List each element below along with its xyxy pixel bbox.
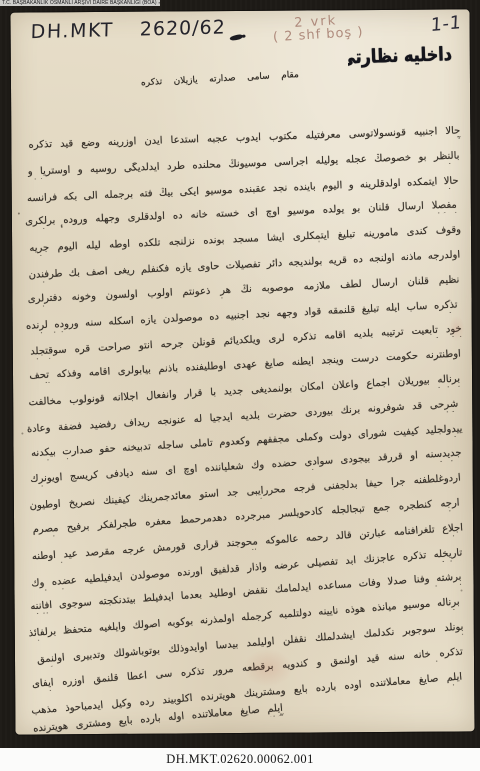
red-stain: [243, 649, 293, 687]
folio-number: 1-1: [430, 12, 462, 36]
paper-specks: [18, 213, 20, 215]
ink-mark: [229, 34, 243, 41]
classification-number: 2620/62: [140, 16, 227, 40]
archive-attribution-text: T.C. BAŞBAKANLIK OSMANLI ARŞİVİ DAİRE BA…: [2, 0, 157, 6]
handwriting-line: حالا اجنبيه قونسولاتوسی معرفتيله مكتوب ا…: [28, 125, 460, 152]
document-paper: DH.MKT2620/62 2 vrk ( 2 shf boş ) 1-1 دا…: [10, 9, 474, 734]
memo-header-line: مقام سامى صدارته يازيلان تذكره مسوده سى: [141, 69, 299, 90]
handwriting-line: مفصلا ارسال قلنان بو يولده موسيو اوچ آی …: [25, 200, 457, 230]
archive-attribution-strip: T.C. BAŞBAKANLIK OSMANLI ARŞİVİ DAİRE BA…: [0, 0, 160, 6]
handwriting-block: حالا اجنبيه قونسولاتوسی معرفتيله مكتوب ا…: [28, 125, 464, 736]
pencil-note: 2 vrk ( 2 shf boş ): [272, 13, 364, 44]
classification-annotation: DH.MKT2620/62: [30, 16, 226, 43]
handwriting-line: بالنظر بو خصوصڭ عجله يوليله اجراسی موسيو…: [27, 150, 459, 179]
letterhead-stamp: داخليه نظارتى: [347, 39, 452, 73]
classification-code: DH.MKT: [30, 19, 114, 43]
red-stain-small: [449, 315, 465, 341]
caption-band: DH.MKT.02620.00062.001: [0, 748, 480, 771]
archive-strip-logo-mark: ▪: [159, 0, 160, 5]
archival-scan-page: T.C. BAŞBAKANLIK OSMANLI ARŞİVİ DAİRE BA…: [0, 0, 480, 771]
caption-text: DH.MKT.02620.00062.001: [166, 752, 313, 766]
